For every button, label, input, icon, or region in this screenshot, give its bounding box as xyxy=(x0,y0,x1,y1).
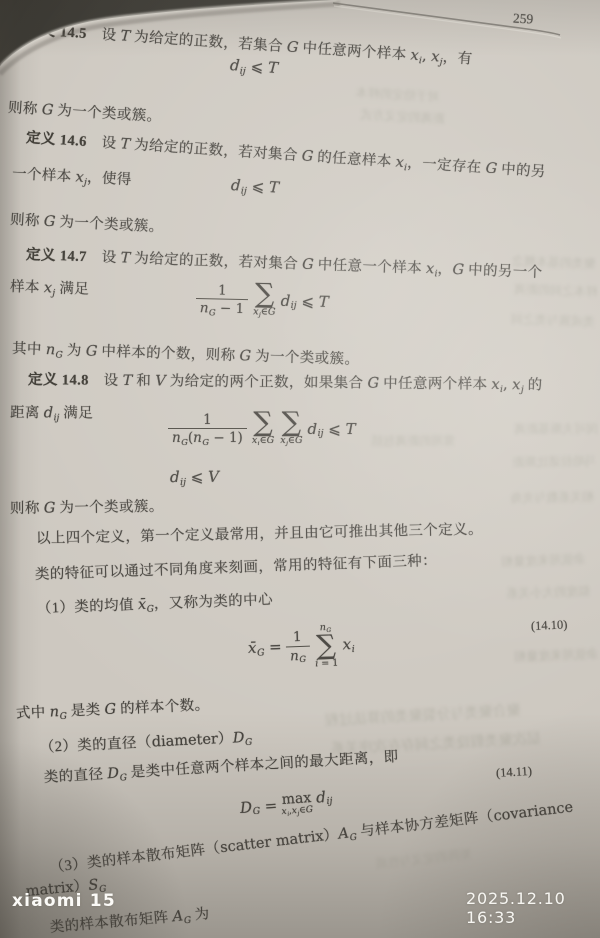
item-2-cluster-diameter: （2）类的直径（diameter）DG xyxy=(40,730,253,759)
max-operator: max xi,xj∈G xyxy=(280,791,313,818)
bleed-through-text: 似度的大小关系 xyxy=(506,582,591,602)
bleed-through-text: 余弦用来度量相 xyxy=(501,550,586,570)
equation-lhs: DG = xyxy=(239,796,278,818)
definition-14-8-continuation: 距离 dij 满足 xyxy=(10,405,93,424)
bleed-through-text: 样本之间的距离 xyxy=(513,280,598,300)
bleed-through-text: 余弦用来度量相 xyxy=(514,645,599,665)
then-G-is-cluster-line: 则称 G 为一个类或簇。 xyxy=(10,212,164,237)
four-definitions-remark: 以上四个定义，第一个定义最常用，并且由它可推出其他三个定义。 xyxy=(36,522,483,549)
bleed-through-text: 类或簇与类之间 xyxy=(510,310,595,330)
fraction: 1 nG − 1 xyxy=(196,283,249,318)
definition-14-7-line: 定义 14.7 设 T 为给定的正数，若对集合 G 中任意一个样本 xi，G 中… xyxy=(26,247,543,283)
cluster-features-remark: 类的特征可以通过不同角度来刻画，常用的特征有下面三种： xyxy=(35,553,438,584)
equation-tail: dij ⩽ T xyxy=(308,420,356,440)
summation: ∑ xj∈G xyxy=(280,412,302,447)
equation-lhs: x̄G = xyxy=(248,638,282,659)
bleed-through-text: 聚合聚类与分裂聚类的算法过程 xyxy=(324,700,521,730)
definition-14-6-continuation: 一个样本 xj，使得 xyxy=(12,166,133,191)
equation-tail: dij ⩽ T xyxy=(280,291,328,312)
equation-14-7-average-linkage: 1 nG − 1 ∑ xj∈G dij ⩽ T xyxy=(196,282,330,320)
fraction: 1 nG(nG − 1) xyxy=(168,413,247,447)
definition-14-7-continuation: 样本 xj 满足 xyxy=(10,279,90,300)
equation-text: dij ⩽ T xyxy=(230,176,279,198)
bleed-through-text: 相关系数与夹角 xyxy=(510,488,594,506)
page-top-edge-graphic xyxy=(0,0,600,90)
bleed-through-text: 马哈拉诺比斯距 xyxy=(512,452,596,470)
fraction: 1 nG xyxy=(285,630,310,665)
camera-watermark-device: xiaomi 15 xyxy=(12,891,116,911)
summation: ∑ xi∈G xyxy=(252,412,274,447)
equation-14-8-double-sum: 1 nG(nG − 1) ∑ xi∈G ∑ xj∈G dij ⩽ T xyxy=(168,412,356,447)
equation-text: dij ⩽ V xyxy=(170,468,219,488)
equation-dij-leq-T-2: dij ⩽ T xyxy=(230,176,279,198)
equation-tail: xi xyxy=(342,635,355,655)
then-G-is-cluster-line: 则称 G 为一个类或簇。 xyxy=(10,499,164,519)
where-nG-samples-line: 式中 nG 是类 G 的样本个数。 xyxy=(16,697,210,724)
item-1-cluster-mean: （1）类的均值 x̄G，又称为类的中心 xyxy=(37,592,274,620)
then-G-is-cluster-line: 则称 G 为一个类或簇。 xyxy=(7,100,162,126)
equation-14-11-diameter: DG = max xi,xj∈G dij xyxy=(239,790,333,821)
equation-number-14-10: (14.10) xyxy=(531,617,568,634)
summation: ∑ xj∈G xyxy=(253,283,276,319)
equation-number-14-11: (14.11) xyxy=(496,764,533,781)
summation: nG ∑ i = 1 xyxy=(314,623,339,670)
definition-14-8-line: 定义 14.8 设 T 和 V 为给定的两个正数，如果集合 G 中任意两个样本 … xyxy=(28,372,543,396)
header-rule xyxy=(333,3,560,35)
header-rule-highlight xyxy=(334,6,561,38)
where-nG-cluster-line: 其中 nG 为 G 中样本的个数，则称 G 为一个类或簇。 xyxy=(12,341,360,370)
equation-14-10-cluster-mean: x̄G = 1 nG nG ∑ i = 1 xi xyxy=(247,622,355,673)
bleed-through-text: 距离的定义方式 xyxy=(360,106,445,127)
bleed-through-text: 矩阵的定义与性质 xyxy=(375,845,472,872)
equation-dij-leq-V: dij ⩽ V xyxy=(170,468,219,488)
book-page-photo: 对于给定的样本 距离的定义方式 聚类的基本概念 样本之间的距离 类或簇与类之间 … xyxy=(0,0,600,938)
camera-watermark-timestamp: 2025.12.10 16:33 xyxy=(466,889,600,927)
bleed-through-text: 常用的距离包括 xyxy=(371,432,455,449)
equation-tail: dij xyxy=(316,787,333,808)
bleed-through-text: 闵可夫斯基距离 xyxy=(514,420,598,437)
